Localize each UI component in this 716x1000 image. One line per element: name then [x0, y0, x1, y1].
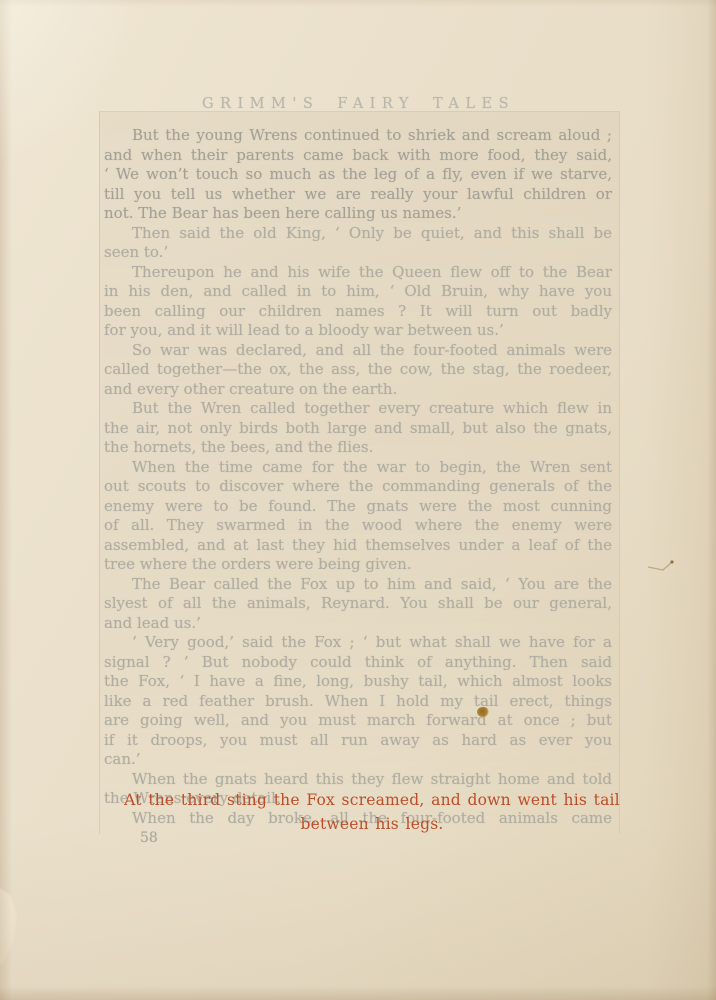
text-line: called together—the ox, the ass, the cow…: [104, 360, 612, 380]
text-line: When the gnats heard this they flew stra…: [104, 770, 612, 790]
text-line: ‘ Very good,’ said the Fox ; ‘ but what …: [104, 633, 612, 653]
text-line: ‘ We won’t touch so much as the leg of a…: [104, 165, 612, 185]
text-line: tree where the orders were being given.: [104, 555, 612, 575]
text-line: and lead us.’: [104, 614, 612, 634]
text-line: slyest of all the animals, Reynard. You …: [104, 594, 612, 614]
text-line: signal ? ’ But nobody could think of any…: [104, 653, 612, 673]
text-line: till you tell us whether we are really y…: [104, 185, 612, 205]
text-line: enemy were to be found. The gnats were t…: [104, 497, 612, 517]
text-line: not. The Bear has been here calling us n…: [104, 204, 612, 224]
caption-line: At the third sting the Fox screamed, and…: [14, 788, 716, 812]
text-line: assembled, and at last they hid themselv…: [104, 536, 612, 556]
running-head: GRIMM'S FAIRY TALES: [99, 96, 618, 112]
text-line: But the Wren called together every creat…: [104, 399, 612, 419]
book-page: GRIMM'S FAIRY TALES But the young Wrens …: [0, 0, 716, 1000]
text-line: for you, and it will lead to a bloody wa…: [104, 321, 612, 341]
text-line: if it droops, you must all run away as h…: [104, 731, 612, 751]
text-line: But the young Wrens continued to shriek …: [104, 126, 612, 146]
text-line: The Bear called the Fox up to him and sa…: [104, 575, 612, 595]
text-line: been calling our children names ? It wil…: [104, 302, 612, 322]
text-line: When the time came for the war to begin,…: [104, 458, 612, 478]
text-line: the Fox, ‘ I have a fine, long, bushy ta…: [104, 672, 612, 692]
body-text: But the young Wrens continued to shriek …: [104, 126, 612, 828]
text-line: So war was declared, and all the four-fo…: [104, 341, 612, 361]
illustration-caption: At the third sting the Fox screamed, and…: [14, 788, 716, 836]
text-line: and every other creature on the earth.: [104, 380, 612, 400]
caption-line: between his legs.: [14, 812, 716, 836]
page-number: 58: [140, 830, 158, 846]
text-line: the air, not only birds both large and s…: [104, 419, 612, 439]
text-line: are going well, and you must march forwa…: [104, 711, 612, 731]
text-line: out scouts to discover where the command…: [104, 477, 612, 497]
text-line: the hornets, the bees, and the flies.: [104, 438, 612, 458]
text-line: in his den, and called in to him, ‘ Old …: [104, 282, 612, 302]
text-line: seen to.’: [104, 243, 612, 263]
text-line: Then said the old King, ‘ Only be quiet,…: [104, 224, 612, 244]
text-line: can.’: [104, 750, 612, 770]
text-line: like a red feather brush. When I hold my…: [104, 692, 612, 712]
page-edge-tear: [0, 882, 22, 968]
text-line: of all. They swarmed in the wood where t…: [104, 516, 612, 536]
text-line: and when their parents came back with mo…: [104, 146, 612, 166]
text-line: Thereupon he and his wife the Queen flew…: [104, 263, 612, 283]
scratch-mark: [646, 556, 678, 574]
